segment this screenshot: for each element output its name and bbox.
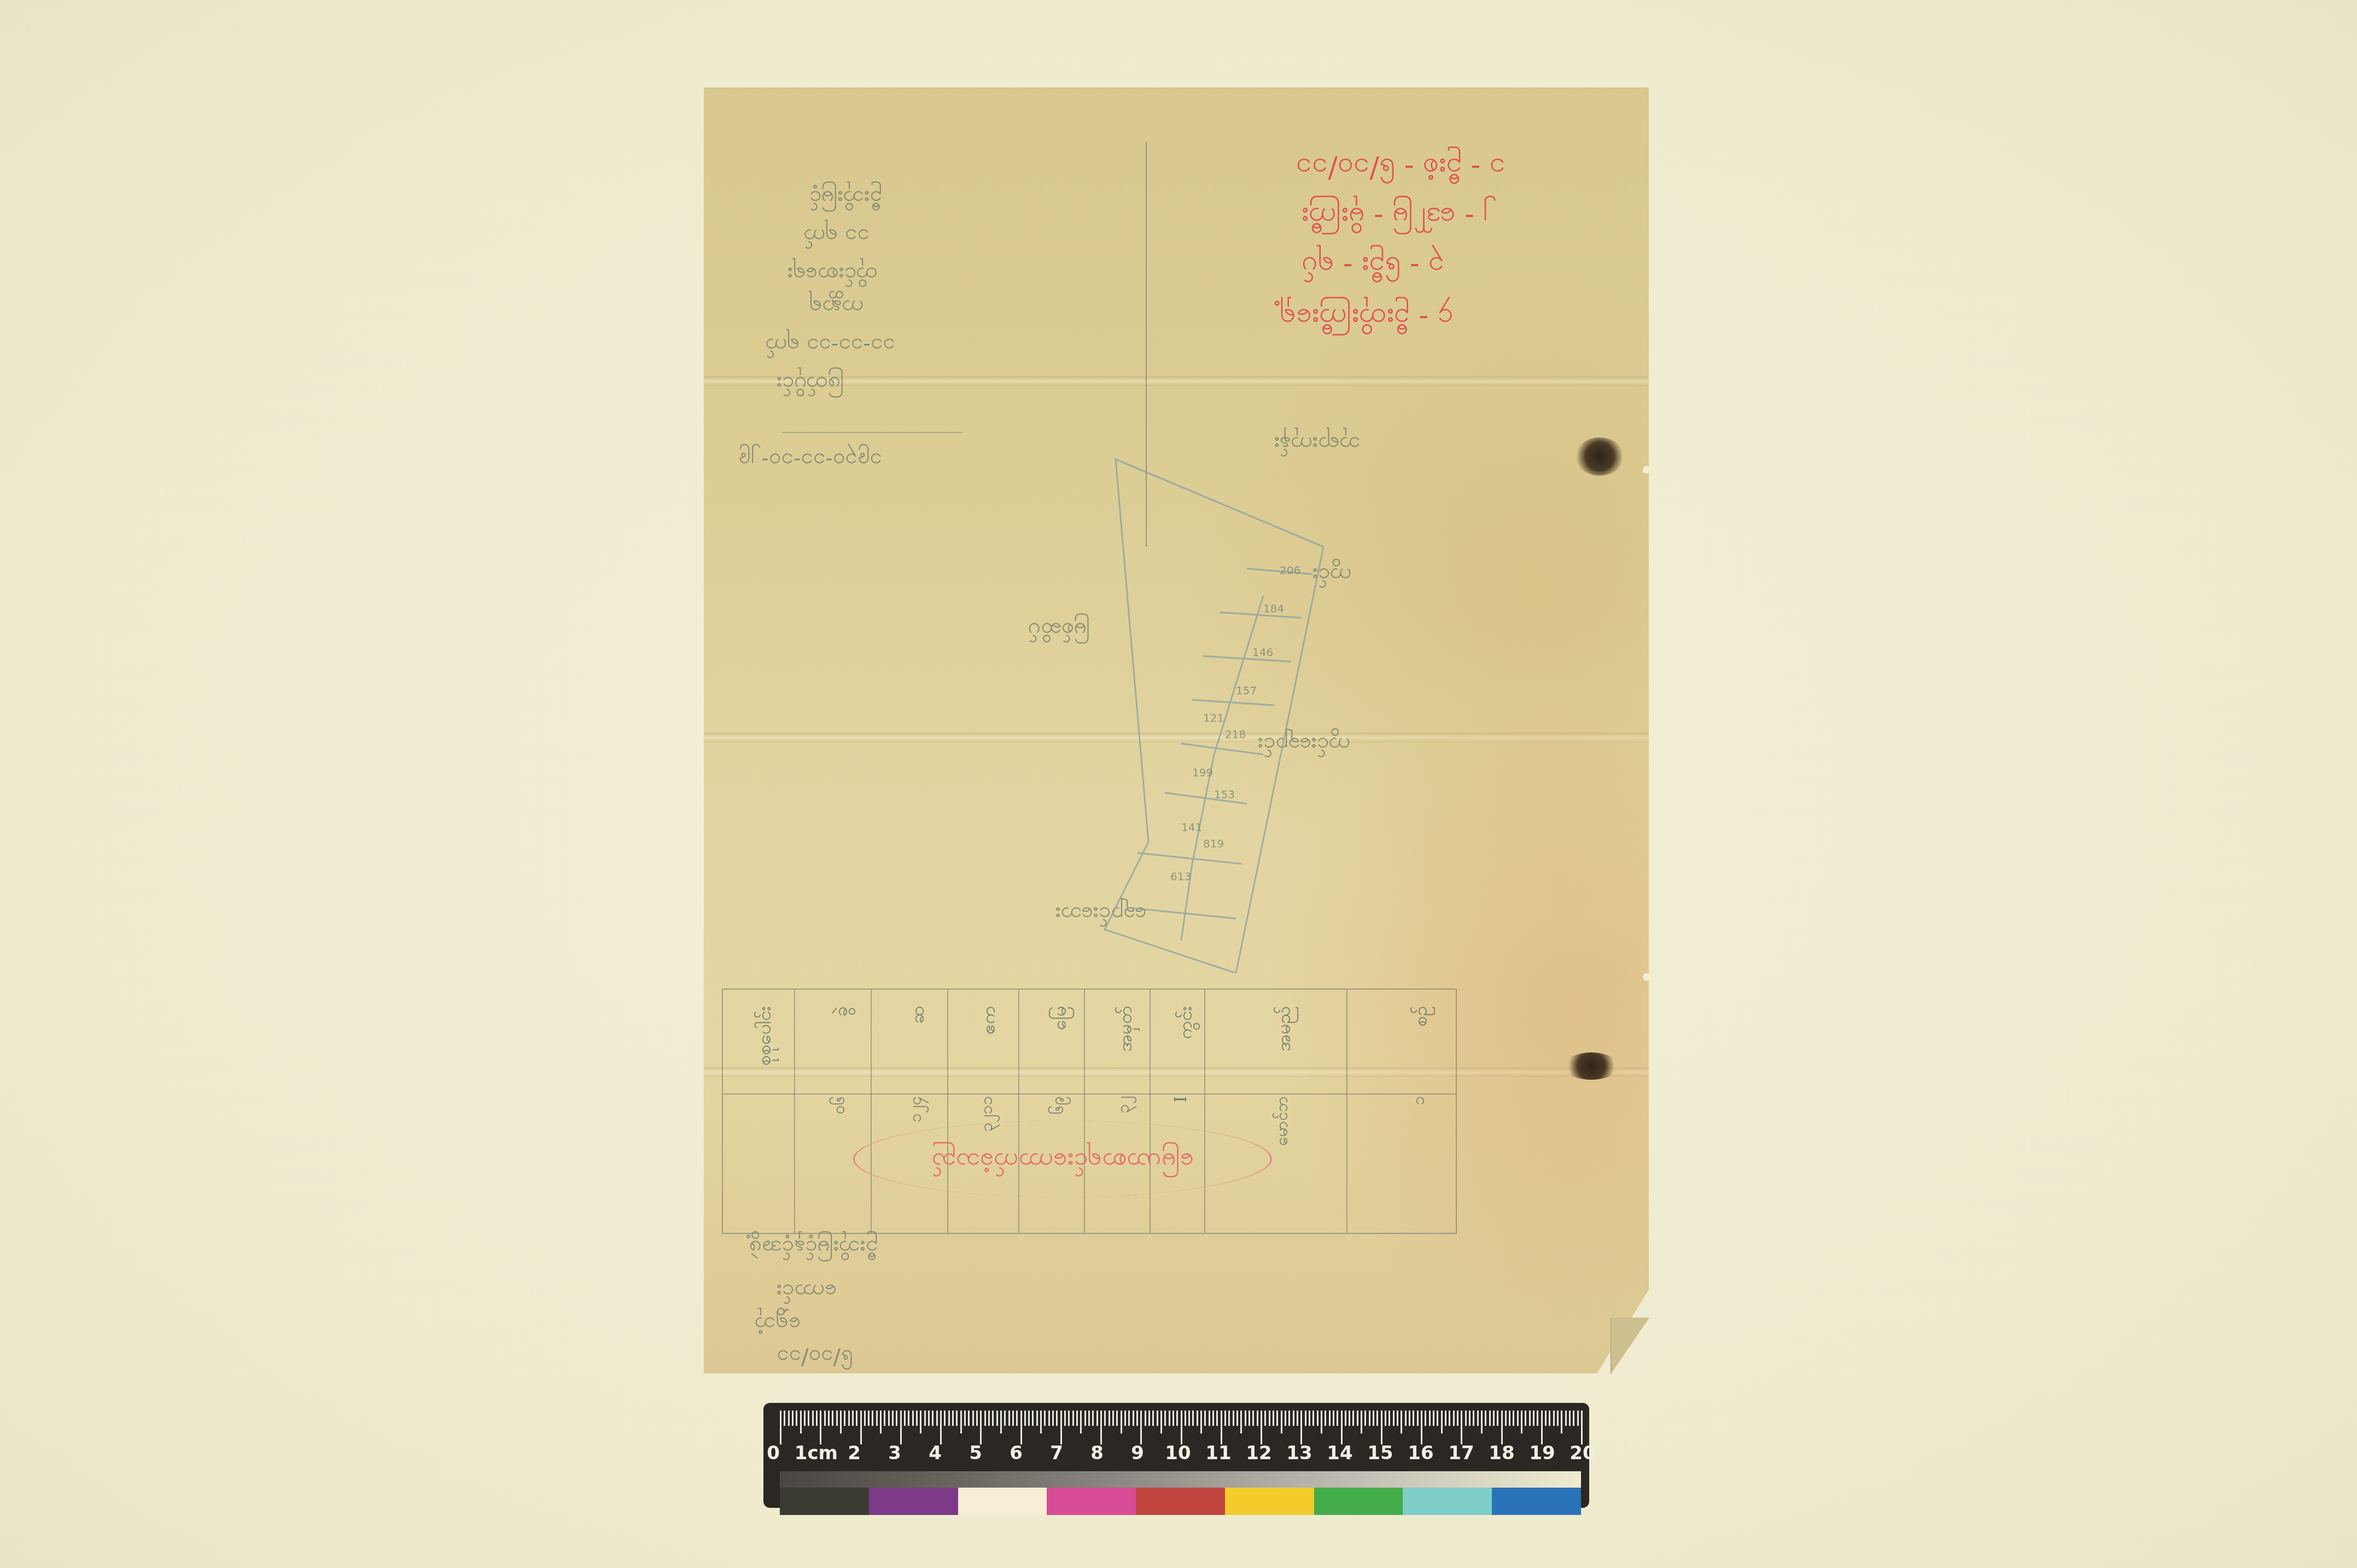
plot-number: 819 [1203, 837, 1224, 850]
ruler-tick [812, 1411, 814, 1426]
ruler-tick [1533, 1411, 1535, 1426]
ruler-tick [804, 1411, 806, 1426]
ruler-tick [980, 1411, 982, 1444]
ruler-tick [920, 1411, 921, 1434]
ruler-tick [932, 1411, 934, 1426]
ruler-tick [1221, 1411, 1222, 1444]
ruler-tick [1388, 1411, 1390, 1426]
ruler-tick [788, 1411, 790, 1426]
pencil-note: ကောင်း [777, 1274, 837, 1306]
ruler-tick [1048, 1411, 1050, 1426]
ruler-tick [1441, 1411, 1443, 1434]
table-col-line [1346, 990, 1347, 1233]
ruler-tick [944, 1411, 946, 1426]
color-swatch [1047, 1488, 1136, 1515]
ruler-tick [1281, 1411, 1282, 1434]
underline [782, 432, 962, 433]
ruler-tick [1352, 1411, 1354, 1426]
table-col-line [794, 990, 795, 1233]
ruler-tick [1269, 1411, 1270, 1426]
ruler-tick [1257, 1411, 1258, 1426]
ruler-label: 3 [888, 1442, 901, 1464]
table-cell: မောင်ဘ [1270, 1096, 1294, 1146]
ruler-tick [960, 1411, 962, 1434]
ruler-tick [1465, 1411, 1467, 1426]
plot-sketch-map: 206 184 146 157 121 218 199 153 141 819 … [1083, 448, 1389, 973]
ruler-tick [1124, 1411, 1126, 1426]
plot-number: 121 [1203, 711, 1224, 724]
pencil-note: တိုင်းစာရေး [787, 257, 878, 289]
ruler-tick [1252, 1411, 1254, 1426]
ruler-tick [1381, 1411, 1382, 1444]
ruler-tick [952, 1411, 954, 1426]
ruler-tick [1577, 1411, 1579, 1426]
ruler-label: 4 [929, 1442, 942, 1464]
ruler-tick [1040, 1411, 1042, 1434]
table-cell: ၆၉ [1046, 1096, 1070, 1115]
ruler-tick [1016, 1411, 1018, 1426]
pencil-note: ရွှေဘုံ [755, 1307, 801, 1339]
ruler-tick [1276, 1411, 1278, 1426]
ruler-tick [820, 1411, 821, 1444]
ruler-tick [1329, 1411, 1331, 1426]
ruler-tick [828, 1411, 830, 1426]
color-swatch [958, 1488, 1047, 1515]
ruler-tick [1264, 1411, 1266, 1426]
ruler-tick [1341, 1411, 1343, 1444]
ruler-tick [1417, 1411, 1419, 1426]
ruler-tick [1457, 1411, 1458, 1426]
paper-hole [1643, 973, 1650, 981]
ruler-tick [940, 1411, 942, 1444]
ruler-tick [1121, 1411, 1122, 1434]
ruler-tick [832, 1411, 833, 1426]
color-swatch [1403, 1488, 1492, 1515]
ruler-tick [1489, 1411, 1491, 1426]
table-header: စုစုပေါင်း [750, 1006, 778, 1066]
ruler-tick [860, 1411, 862, 1444]
pencil-note: ကန္တာရ [809, 290, 864, 322]
table-header: အမှတ် [1111, 1006, 1139, 1052]
ruler-tick [1164, 1411, 1166, 1426]
ruler-label: 10 [1165, 1442, 1191, 1464]
ruler-tick [1185, 1411, 1186, 1426]
ruler-tick [1433, 1411, 1434, 1426]
table-cell: ၁၂၄ [903, 1096, 928, 1123]
ruler-tick [1501, 1411, 1503, 1444]
ruler-tick [1517, 1411, 1519, 1426]
ruler-tick [824, 1411, 826, 1426]
ruler-tick [968, 1411, 970, 1426]
ruler-tick [796, 1411, 797, 1426]
ruler-tick [972, 1411, 974, 1426]
ruler-tick [808, 1411, 809, 1426]
ruler-tick [900, 1411, 902, 1444]
ruler-tick [896, 1411, 897, 1426]
ruler-label: 19 [1529, 1442, 1555, 1464]
ruler-tick [1044, 1411, 1046, 1426]
ruler-tick [1012, 1411, 1014, 1426]
ruler-tick [1036, 1411, 1038, 1426]
scale-bar: 0 1cm 2 3 4 5 6 7 8 9 10 11 12 13 14 15 … [763, 1403, 1589, 1508]
ruler-tick [1064, 1411, 1066, 1426]
ruler-tick [992, 1411, 994, 1426]
ruler-tick [1309, 1411, 1310, 1426]
ruler-tick [1060, 1411, 1062, 1444]
ruler-tick [816, 1411, 818, 1426]
plot-number: 146 [1252, 646, 1273, 659]
ruler-tick [1068, 1411, 1070, 1426]
ruler-tick [836, 1411, 838, 1426]
ruler-label: 0 [767, 1442, 780, 1464]
ruler-tick [784, 1411, 785, 1426]
ruler-tick [1096, 1411, 1098, 1426]
ruler-tick [1157, 1411, 1158, 1426]
table-col-line [1204, 990, 1205, 1233]
ruler-tick [1160, 1411, 1162, 1434]
table-cell: ၁ [1407, 1096, 1431, 1105]
ruler-tick [1288, 1411, 1290, 1426]
ruler-tick [1285, 1411, 1286, 1426]
ruler-tick [1104, 1411, 1106, 1426]
ruler-tick [984, 1411, 986, 1426]
ruler-tick [1569, 1411, 1571, 1426]
ruler-tick [1300, 1411, 1302, 1444]
plot-number: 199 [1192, 766, 1213, 779]
plot-number: 613 [1170, 870, 1191, 883]
record-table: စဉ် အမည် ကွင်း အမှတ် မြေ ဧက ဆ ခွဲ စုစုပေ… [722, 988, 1457, 1234]
table-col-line [947, 990, 948, 1233]
ruler-tick [1565, 1411, 1567, 1426]
table-header: အမည် [1270, 1006, 1298, 1052]
ruler-tick [1325, 1411, 1326, 1426]
ruler-tick [1557, 1411, 1559, 1426]
ruler-tick [1393, 1411, 1395, 1426]
ruler-label: 20 [1570, 1442, 1595, 1464]
ink-stain [1564, 1052, 1619, 1080]
ruler-tick [1525, 1411, 1526, 1426]
ruler-tick [1537, 1411, 1538, 1426]
ruler-tick [1333, 1411, 1334, 1426]
ruler-tick [1248, 1411, 1250, 1426]
ruler-tick [1553, 1411, 1555, 1426]
table-cell: I [1171, 1096, 1191, 1103]
ruler-tick [1172, 1411, 1174, 1426]
pencil-note: ၆/၁၀/၁၁ [777, 1339, 853, 1372]
color-swatch [1225, 1488, 1314, 1515]
color-swatches [780, 1488, 1581, 1515]
ruler-tick [1453, 1411, 1455, 1426]
ruler-tick [1128, 1411, 1130, 1426]
ruler-tick [1449, 1411, 1450, 1426]
ruler-tick [864, 1411, 866, 1426]
ruler-tick [1545, 1411, 1547, 1426]
ruler-tick [1345, 1411, 1346, 1426]
plot-number: 218 [1225, 728, 1246, 741]
ruler-tick [1505, 1411, 1507, 1426]
table-header: ဧက [975, 1006, 1002, 1034]
ruler-tick [868, 1411, 870, 1426]
plot-number: 206 [1280, 564, 1300, 577]
table-header: ကွင်း [1171, 1006, 1199, 1039]
ruler-tick [928, 1411, 930, 1426]
plot-number: 157 [1236, 684, 1257, 697]
ruler-tick [852, 1411, 854, 1426]
pencil-note: ၁၁-၁၁-၁၁ ရက် [766, 328, 895, 360]
ruler-tick [1369, 1411, 1370, 1426]
ruler-tick [1112, 1411, 1114, 1426]
ruler-tick [1076, 1411, 1078, 1426]
ruler-tick [1297, 1411, 1298, 1426]
ruler-tick [1349, 1411, 1350, 1426]
table-header: စဉ် [1407, 1006, 1434, 1027]
ruler-tick [1481, 1411, 1483, 1434]
ruler-tick [1473, 1411, 1474, 1426]
ruler-tick [1136, 1411, 1138, 1426]
ruler-tick [1261, 1411, 1262, 1444]
table-col-line [871, 990, 872, 1233]
ruler-tick [1008, 1411, 1010, 1426]
ruler-tick [1032, 1411, 1034, 1426]
ruler-tick [892, 1411, 894, 1426]
ruler-label: 14 [1327, 1442, 1352, 1464]
ruler-tick [924, 1411, 926, 1426]
ruler-tick [1513, 1411, 1514, 1426]
ruler-tick [1140, 1411, 1142, 1444]
ruler-tick [1385, 1411, 1386, 1426]
ruler-tick [1181, 1411, 1182, 1444]
ruler-tick [1148, 1411, 1150, 1426]
ruler-tick [1485, 1411, 1486, 1426]
plot-number: 141 [1181, 821, 1202, 834]
ruler-tick [792, 1411, 794, 1426]
ruler-tick [1084, 1411, 1086, 1426]
ruler-label: 2 [848, 1442, 861, 1464]
ruler-tick [1080, 1411, 1082, 1434]
ruler-tick [1312, 1411, 1314, 1426]
ruler-tick [1425, 1411, 1426, 1426]
ruler-tick [1152, 1411, 1154, 1426]
ruler-tick [1020, 1411, 1022, 1444]
ruler-tick [872, 1411, 873, 1426]
ruler-tick [1469, 1411, 1471, 1426]
ruler-tick [1233, 1411, 1234, 1426]
ruler-tick [880, 1411, 882, 1434]
ruler-tick [1305, 1411, 1306, 1426]
red-list-item: ၁ - ဦးစံ - ၆/၁၀/၁၁ [1296, 145, 1506, 186]
ruler-tick [1493, 1411, 1495, 1426]
red-ink-annotation: မြေယာစာရင်းကောက်ခံသည် [853, 1121, 1272, 1197]
ruler-tick [1216, 1411, 1218, 1426]
ruler-label: 8 [1090, 1442, 1104, 1464]
ruler-tick [800, 1411, 802, 1434]
ruler-label: 12 [1246, 1442, 1271, 1464]
color-swatch [869, 1488, 958, 1515]
ruler-tick [1293, 1411, 1294, 1426]
ruler-tick [1549, 1411, 1550, 1426]
ruler-tick [876, 1411, 878, 1426]
ruler-tick [1573, 1411, 1574, 1426]
ruler-tick [1437, 1411, 1438, 1426]
pencil-date-line: ၁၉၃၀-၁၁-၁၀-၂၉ [738, 443, 882, 475]
ruler-tick [948, 1411, 950, 1426]
ruler-tick [1100, 1411, 1102, 1444]
ruler-tick [1000, 1411, 1002, 1434]
ruler-tick [1321, 1411, 1322, 1434]
ruler-tick [1337, 1411, 1338, 1426]
table-cell: ၃၂ [1111, 1096, 1136, 1114]
ruler-tick [1477, 1411, 1479, 1426]
ruler-tick [1445, 1411, 1446, 1426]
ruler-tick [1421, 1411, 1422, 1444]
ruler-tick [1245, 1411, 1246, 1426]
ruler-tick [976, 1411, 978, 1426]
red-annotation-text: မြေယာစာရင်းကောက်ခံသည် [931, 1141, 1194, 1178]
ruler-tick [1092, 1411, 1094, 1426]
table-divider [723, 1093, 1456, 1095]
ruler-tick [1188, 1411, 1190, 1426]
plot-number: 153 [1214, 788, 1235, 801]
ruler-tick [1413, 1411, 1414, 1426]
ruler-tick [1317, 1411, 1318, 1426]
ruler-label: 17 [1448, 1442, 1474, 1464]
ruler-label: 9 [1131, 1442, 1144, 1464]
ruler-tick [1497, 1411, 1498, 1426]
pencil-note: ဖြတ်ပိုင်း [777, 366, 844, 399]
table-cell: ၀၆ [827, 1096, 851, 1115]
ruler-tick [1133, 1411, 1134, 1426]
table-header: ခွဲ [827, 1006, 855, 1016]
ruler-tick [908, 1411, 909, 1426]
ruler-tick [1401, 1411, 1402, 1434]
map-label: မြစ်ဆိပ် [1028, 612, 1090, 645]
ruler-tick [1373, 1411, 1374, 1426]
ruler-tick [1364, 1411, 1366, 1426]
ruler-tick [1461, 1411, 1462, 1444]
ruler-tick [1056, 1411, 1058, 1426]
ruler-label: 7 [1050, 1442, 1063, 1464]
ruler-tick [1028, 1411, 1030, 1426]
ruler-tick [1088, 1411, 1090, 1426]
ruler-tick [1197, 1411, 1198, 1426]
ruler-tick [856, 1411, 857, 1426]
ruler-label: 15 [1367, 1442, 1393, 1464]
ruler-label: 11 [1205, 1442, 1231, 1464]
ruler-tick [1024, 1411, 1026, 1426]
ruler-label: 13 [1286, 1442, 1312, 1464]
ruler-tick [1145, 1411, 1146, 1426]
ruler-label: 18 [1489, 1442, 1514, 1464]
ruler-tick [1529, 1411, 1531, 1426]
red-list-item: ၃ - ၆ဦး - ရပ် [1302, 243, 1444, 285]
pencil-note: ဦးဘိုးမြင့်နှင့်အဖွဲ့ [749, 1230, 878, 1262]
ruler-tick [1509, 1411, 1510, 1426]
plot-number: 184 [1263, 602, 1284, 615]
ruler-tick [1405, 1411, 1407, 1426]
grayscale-strip [780, 1471, 1581, 1488]
ruler-tick [780, 1411, 781, 1444]
ruler-tick [1204, 1411, 1206, 1426]
ruler-labels: 0 1cm 2 3 4 5 6 7 8 9 10 11 12 13 14 15 … [773, 1442, 1583, 1470]
ruler-tick [988, 1411, 990, 1426]
ruler-tick [888, 1411, 890, 1426]
ruler-tick [1240, 1411, 1242, 1434]
ruler-tick [1561, 1411, 1562, 1434]
ruler-tick [1409, 1411, 1410, 1426]
red-list-item: ၂ - ဒေါ်မြ - မိုးကြီး [1302, 194, 1497, 236]
color-swatch [1314, 1488, 1403, 1515]
ruler-tick [996, 1411, 998, 1426]
ruler-tick [1376, 1411, 1378, 1426]
ruler-tick [1004, 1411, 1006, 1426]
ruler-tick [916, 1411, 918, 1426]
pencil-note: ၁၁ ရက် [804, 219, 870, 251]
paper-hole [1643, 466, 1650, 473]
fold-line [704, 376, 1649, 386]
red-list-item: ၄ - ဦးတိုးကြီးရှေ့ [1280, 295, 1454, 337]
ruler-tick [1224, 1411, 1226, 1426]
table-header: ဆ [903, 1006, 931, 1024]
ruler-tick [1273, 1411, 1274, 1426]
color-swatch [780, 1488, 869, 1515]
ruler-tick [1228, 1411, 1230, 1426]
ruler-tick [1212, 1411, 1214, 1426]
ruler-tick [1209, 1411, 1210, 1426]
ruler-tick [884, 1411, 885, 1426]
ruler-tick [912, 1411, 914, 1426]
ruler-tick [1052, 1411, 1054, 1426]
ruler-tick [1072, 1411, 1074, 1426]
table-col-line [1150, 990, 1151, 1233]
pencil-note: ဦးဘိုးမြင့် [809, 180, 882, 213]
ruler-tick [1581, 1411, 1583, 1444]
ruler-tick [848, 1411, 850, 1426]
ruler-tick [1236, 1411, 1238, 1426]
ruler-tick [1357, 1411, 1358, 1426]
ruler-tick [1541, 1411, 1543, 1444]
ruler-tick [1521, 1411, 1522, 1434]
ruler-tick [844, 1411, 845, 1426]
ruler-tick [1200, 1411, 1202, 1434]
ruler-tick [1429, 1411, 1431, 1426]
color-swatch [1492, 1488, 1581, 1515]
ruler-label: 1cm [795, 1442, 838, 1464]
ruler-label: 16 [1408, 1442, 1433, 1464]
ruler-tick [1116, 1411, 1118, 1426]
ruler-label: 6 [1010, 1442, 1023, 1464]
ruler-tick [1169, 1411, 1170, 1426]
color-swatch [1136, 1488, 1225, 1515]
ruler-tick [1361, 1411, 1362, 1434]
table-header: မြေ [1046, 1006, 1074, 1030]
ruler-tick [840, 1411, 842, 1434]
ruler-label: 5 [969, 1442, 982, 1464]
ink-stain [1575, 437, 1624, 476]
ruler-tick [1192, 1411, 1194, 1426]
ruler-tick [1109, 1411, 1110, 1426]
ruler-tick [1176, 1411, 1178, 1426]
ruler-tick [904, 1411, 906, 1426]
ruler-tick [1397, 1411, 1398, 1426]
ruler-tick [936, 1411, 938, 1426]
ruler-tick [964, 1411, 966, 1426]
ruler-tick [956, 1411, 958, 1426]
